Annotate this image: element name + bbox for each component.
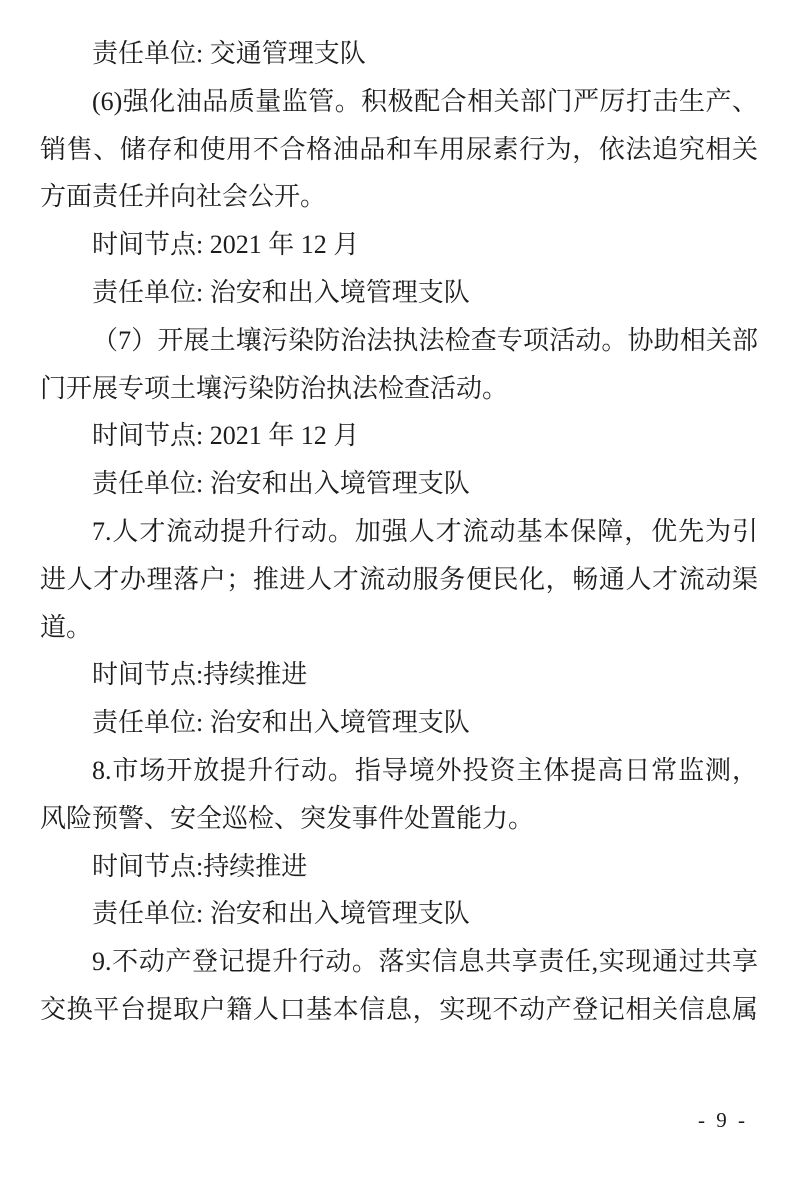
text-line: 9.不动产登记提升行动。落实信息共享责任,实现通过共享 — [40, 938, 758, 986]
text-line: 道。 — [40, 604, 758, 652]
text-line: 时间节点: 2021 年 12 月 — [40, 221, 758, 269]
page-number: - 9 - — [698, 1108, 748, 1133]
text-line: 时间节点:持续推进 — [40, 651, 758, 699]
text-line: 交换平台提取户籍人口基本信息，实现不动产登记相关信息属 — [40, 986, 758, 1034]
text-line: 8.市场开放提升行动。指导境外投资主体提高日常监测， — [40, 747, 758, 795]
text-line: 责任单位: 治安和出入境管理支队 — [40, 699, 758, 747]
text-line: 时间节点:持续推进 — [40, 843, 758, 891]
text-line: 责任单位: 治安和出入境管理支队 — [40, 890, 758, 938]
document-body: 责任单位: 交通管理支队 (6)强化油品质量监管。积极配合相关部门严厉打击生产、… — [40, 30, 758, 1034]
text-line: 销售、储存和使用不合格油品和车用尿素行为，依法追究相关 — [40, 126, 758, 174]
text-line: 责任单位: 交通管理支队 — [40, 30, 758, 78]
text-line: 进人才办理落户；推进人才流动服务便民化，畅通人才流动渠 — [40, 556, 758, 604]
document-page: 责任单位: 交通管理支队 (6)强化油品质量监管。积极配合相关部门严厉打击生产、… — [0, 0, 800, 1178]
text-line: 7.人才流动提升行动。加强人才流动基本保障，优先为引 — [40, 508, 758, 556]
text-line: 门开展专项土壤污染防治执法检查活动。 — [40, 365, 758, 413]
text-line: 责任单位: 治安和出入境管理支队 — [40, 269, 758, 317]
text-line: (6)强化油品质量监管。积极配合相关部门严厉打击生产、 — [40, 78, 758, 126]
text-line: 风险预警、安全巡检、突发事件处置能力。 — [40, 795, 758, 843]
text-line: 责任单位: 治安和出入境管理支队 — [40, 460, 758, 508]
text-line: 时间节点: 2021 年 12 月 — [40, 412, 758, 460]
text-line: （7）开展土壤污染防治法执法检查专项活动。协助相关部 — [40, 317, 758, 365]
text-line: 方面责任并向社会公开。 — [40, 173, 758, 221]
